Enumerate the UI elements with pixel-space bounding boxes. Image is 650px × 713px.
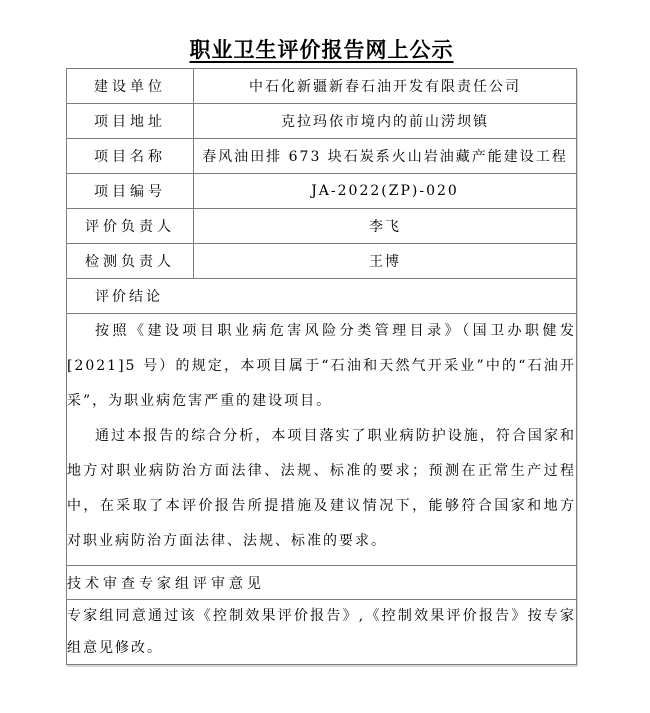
field-value-testing-lead: 王博 [194,244,577,279]
table-row: 按照《建设项目职业病危害风险分类管理目录》（国卫办职健发[2021]5 号）的规… [67,314,577,566]
table-row: 评价负责人 李飞 [67,209,577,244]
document-page: 职业卫生评价报告网上公示 建设单位 中石化新疆新春石油开发有限责任公司 项目地址… [0,0,650,713]
field-value-project-name: 春风油田排 673 块石炭系火山岩油藏产能建设工程 [194,139,577,174]
conclusion-header: 评价结论 [67,279,577,314]
field-label-project-number: 项目编号 [67,174,194,209]
field-value-construction-unit: 中石化新疆新春石油开发有限责任公司 [194,69,577,104]
conclusion-body: 按照《建设项目职业病危害风险分类管理目录》（国卫办职健发[2021]5 号）的规… [67,314,577,566]
table-row: 评价结论 [67,279,577,314]
field-label-project-name: 项目名称 [67,139,194,174]
table-row: 项目名称 春风油田排 673 块石炭系火山岩油藏产能建设工程 [67,139,577,174]
conclusion-paragraph: 通过本报告的综合分析，本项目落实了职业病防护设施，符合国家和地方对职业病防治方面… [67,419,576,559]
table-row: 建设单位 中石化新疆新春石油开发有限责任公司 [67,69,577,104]
review-paragraph: 专家组同意通过该《控制效果评价报告》,《控制效果评价报告》按专家组意见修改。 [67,600,576,664]
field-value-project-address: 克拉玛依市境内的前山涝坝镇 [194,104,577,139]
field-label-construction-unit: 建设单位 [67,69,194,104]
field-value-evaluation-lead: 李飞 [194,209,577,244]
page-title: 职业卫生评价报告网上公示 [66,34,577,64]
table-row: 专家组同意通过该《控制效果评价报告》,《控制效果评价报告》按专家组意见修改。 [67,600,577,665]
review-body: 专家组同意通过该《控制效果评价报告》,《控制效果评价报告》按专家组意见修改。 [67,600,577,665]
field-label-evaluation-lead: 评价负责人 [67,209,194,244]
field-label-testing-lead: 检测负责人 [67,244,194,279]
table-row: 项目编号 JA-2022(ZP)-020 [67,174,577,209]
conclusion-paragraph: 按照《建设项目职业病危害风险分类管理目录》（国卫办职健发[2021]5 号）的规… [67,314,576,419]
table-row: 项目地址 克拉玛依市境内的前山涝坝镇 [67,104,577,139]
table-row: 技术审查专家组评审意见 [67,566,577,600]
table-row: 检测负责人 王博 [67,244,577,279]
review-header: 技术审查专家组评审意见 [67,566,577,600]
field-value-project-number: JA-2022(ZP)-020 [194,174,577,209]
notice-table: 建设单位 中石化新疆新春石油开发有限责任公司 项目地址 克拉玛依市境内的前山涝坝… [66,68,577,665]
field-label-project-address: 项目地址 [67,104,194,139]
